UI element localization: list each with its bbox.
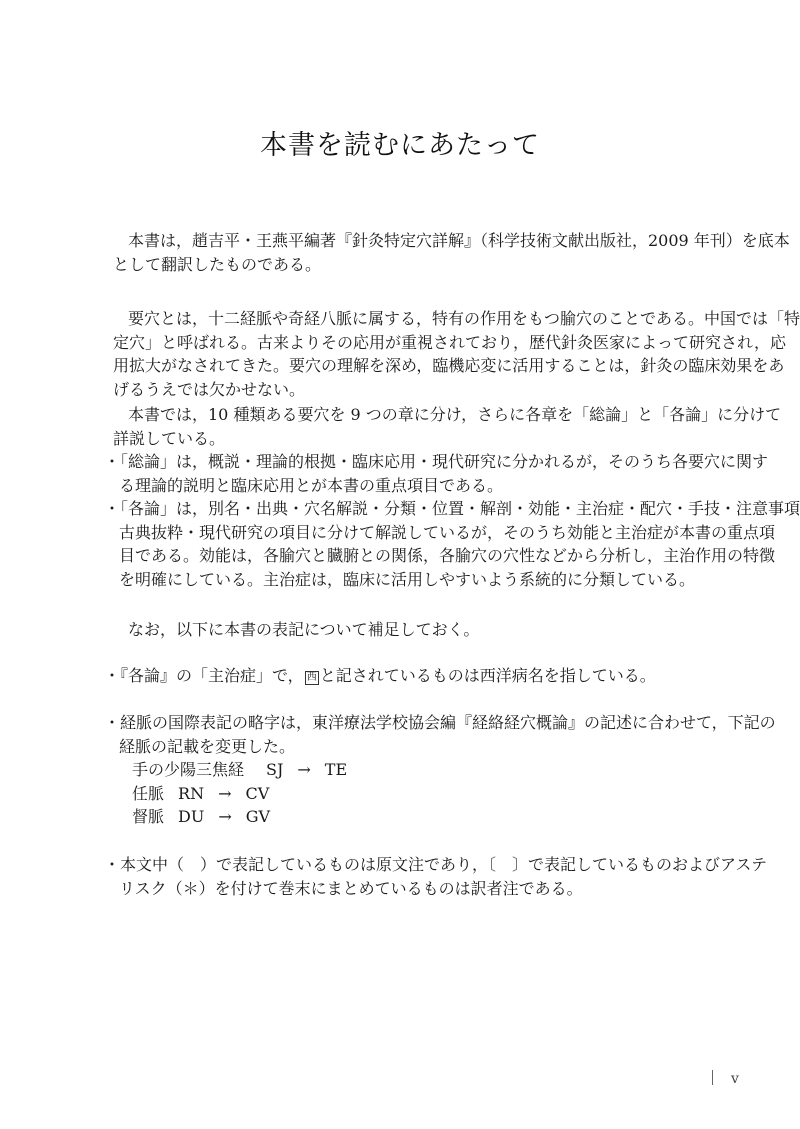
folio-divider — [712, 1070, 713, 1085]
meridian-name: 督脈 — [132, 807, 164, 826]
note-meridian-abbrev: ・経脈の国際表記の略字は，東洋療法学校協会編『経絡経穴概論』の記述に合わせて，下… — [104, 710, 710, 828]
text-line: 目である。効能は，各腧穴と臓腑との関係，各腧穴の穴性などから分析し，主治作用の特… — [104, 543, 710, 567]
meridian-name: 任脈 — [132, 784, 164, 803]
text-line: リスク（＊）を付けて巻末にまとめているものは訳者注である。 — [104, 876, 710, 900]
text-line: る理論的説明と臨床応用とが本書の重点項目である。 — [104, 473, 710, 497]
text-line: ・「各論」は，別名・出典・穴名解説・分類・位置・解剖・効能・主治症・配穴・手技・… — [104, 496, 710, 520]
text-line: 用拡大がなされてきた。要穴の理解を深め，臨機応変に活用することは，針灸の臨床効果… — [113, 353, 719, 377]
meridian-change-row: 督脈DU→GV — [104, 804, 710, 828]
new-code: TE — [325, 760, 347, 779]
text-line: を明確にしている。主治症は，臨床に活用しやすいよう系統的に分類している。 — [104, 567, 710, 591]
meridian-change-row: 任脈RN→CV — [104, 781, 710, 805]
arrow-right-icon: → — [218, 784, 231, 803]
bullet-soron: ・「総論」は，概説・理論的根拠・臨床応用・現代研究に分かれるが，そのうち各要穴に… — [104, 449, 710, 496]
new-code: GV — [246, 807, 270, 826]
text-line: ・経脈の国際表記の略字は，東洋療法学校協会編『経絡経穴概論』の記述に合わせて，下… — [104, 710, 710, 734]
text-line: 古典抜粋・現代研究の項目に分けて解説しているが，そのうち効能と主治症が本書の重点… — [104, 520, 710, 544]
note-text: と記されているものは西洋病名を指している。 — [320, 666, 656, 685]
text-line: 詳説している。 — [113, 426, 719, 450]
text-line: 定穴」と呼ばれる。古来よりその応用が重視されており，歴代針灸医家によって研究され… — [113, 330, 719, 354]
text-line: 本書では，10 種類ある要穴を 9 つの章に分け，さらに各章を「総論」と「各論」… — [113, 402, 719, 426]
arrow-right-icon: → — [297, 760, 310, 779]
yoketsu-paragraph: 要穴とは，十二経脈や奇経八脈に属する，特有の作用をもつ腧穴のことである。中国では… — [113, 306, 719, 400]
text-line: ・本文中（ ）で表記しているものは原文注であり，〔 〕で表記しているものおよびア… — [104, 852, 710, 876]
arrow-right-icon: → — [218, 807, 231, 826]
page-title: 本書を読むにあたって — [0, 123, 800, 162]
page-number: v — [731, 1071, 739, 1087]
bullet-kakuron: ・「各論」は，別名・出典・穴名解説・分類・位置・解剖・効能・主治症・配穴・手技・… — [104, 496, 710, 590]
intro-paragraph: 本書は，趙吉平・王燕平編著『針灸特定穴詳解』（科学技術文献出版社，2009 年刊… — [113, 228, 719, 275]
note-text: ・『各論』の「主治症」で， — [104, 666, 304, 685]
text-line: 経脈の記載を変更した。 — [104, 734, 710, 758]
note-western-disease: ・『各論』の「主治症」で，西と記されているものは西洋病名を指している。 — [104, 663, 710, 687]
old-code: SJ — [266, 760, 283, 779]
text-line: 要穴とは，十二経脈や奇経八脈に属する，特有の作用をもつ腧穴のことである。中国では… — [113, 306, 719, 330]
old-code: RN — [178, 784, 204, 803]
notation-intro: なお，以下に本書の表記について補足しておく。 — [113, 617, 719, 641]
new-code: CV — [245, 784, 269, 803]
text-line: 本書は，趙吉平・王燕平編著『針灸特定穴詳解』（科学技術文献出版社，2009 年刊… — [113, 228, 719, 252]
text-line: ・『各論』の「主治症」で，西と記されているものは西洋病名を指している。 — [104, 663, 710, 687]
western-mark-icon: 西 — [305, 671, 319, 685]
meridian-change-row: 手の少陽三焦経SJ→TE — [104, 757, 710, 781]
note-annotations: ・本文中（ ）で表記しているものは原文注であり，〔 〕で表記しているものおよびア… — [104, 852, 710, 899]
text-line: なお，以下に本書の表記について補足しておく。 — [113, 617, 719, 641]
text-line: として翻訳したものである。 — [113, 252, 719, 276]
structure-paragraph: 本書では，10 種類ある要穴を 9 つの章に分け，さらに各章を「総論」と「各論」… — [113, 402, 719, 449]
old-code: DU — [178, 807, 204, 826]
text-line: げるうえでは欠かせない。 — [113, 377, 719, 401]
page-folio: v — [712, 1070, 739, 1087]
meridian-name: 手の少陽三焦経 — [132, 760, 244, 779]
text-line: ・「総論」は，概説・理論的根拠・臨床応用・現代研究に分かれるが，そのうち各要穴に… — [104, 449, 710, 473]
